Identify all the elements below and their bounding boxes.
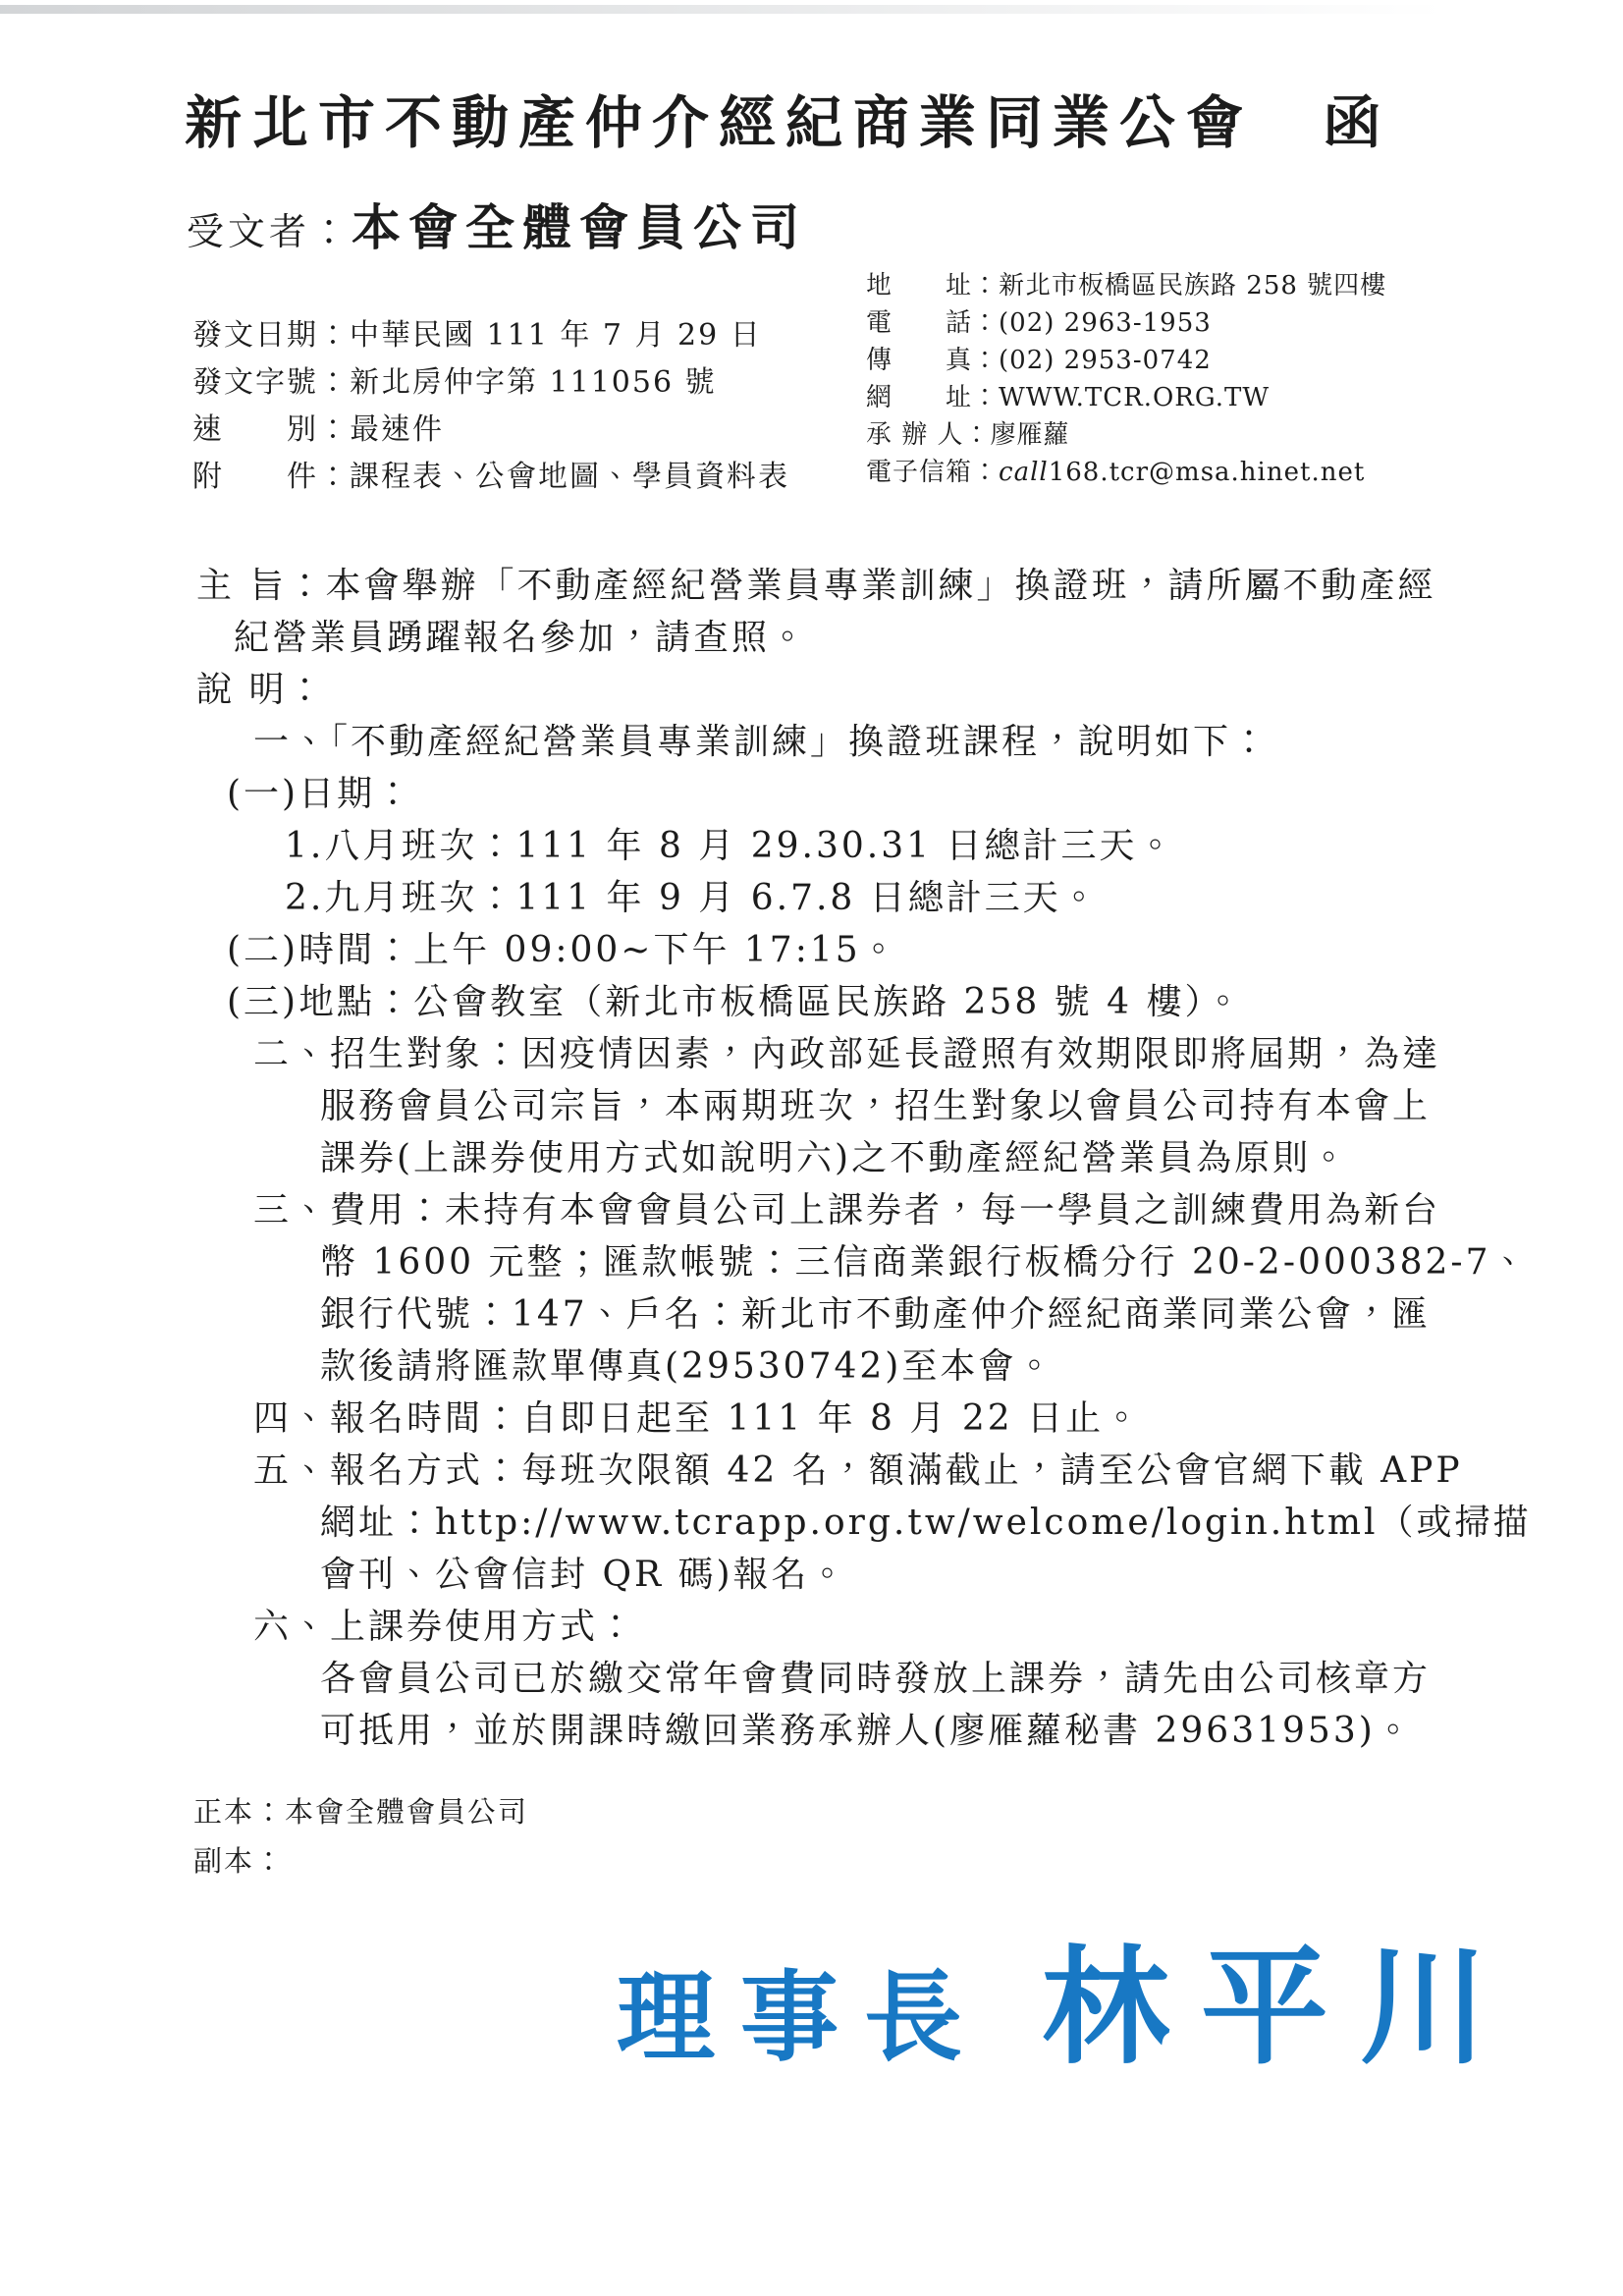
meta-label: 發文日期： — [192, 312, 350, 359]
body-line-item-4: 四、報名時間：自即日起至 111 年 8 月 22 日止。 — [0, 1393, 1623, 1445]
meta-label: 附 件： — [192, 454, 350, 501]
body-line-item-6: 六、上課券使用方式： — [0, 1601, 1623, 1653]
meta-row-address: 地 址：新北市板橋區民族路 258 號四樓 — [866, 267, 1386, 304]
meta-label: 承 辦 人： — [866, 416, 991, 454]
meta-label: 電子信箱： — [866, 454, 999, 491]
meta-value: 中華民國 111 年 7 月 29 日 — [350, 318, 762, 353]
cc-copy-line: 副本： — [193, 1836, 528, 1886]
meta-row-priority: 速 別：最速件 — [192, 407, 789, 454]
meta-left-block: 發文日期：中華民國 111 年 7 月 29 日 發文字號：新北房仲字第 111… — [192, 312, 789, 501]
meta-row-email: 電子信箱：call168.tcr@msa.hinet.net — [866, 454, 1386, 491]
meta-email-rest: 168.tcr@msa.hinet.net — [1049, 458, 1366, 487]
body-line: 1.八月班次：111 年 8 月 29.30.31 日總計三天。 — [0, 820, 1623, 872]
body-line-subject: 主 旨：本會舉辦「不動產經紀營業員專業訓練」換證班，請所屬不動產經 — [0, 560, 1623, 612]
body-line-item-1: 一、「不動產經紀營業員專業訓練」換證班課程，說明如下： — [0, 716, 1623, 768]
doc-type-label: 函 — [1324, 89, 1390, 156]
body-line: 銀行代號：147、戶名：新北市不動產仲介經紀商業同業公會，匯 — [0, 1288, 1623, 1340]
body-line: 幣 1600 元整；匯款帳號：三信商業銀行板橋分行 20-2-000382-7、 — [0, 1236, 1623, 1288]
original-copy-line: 正本：本會全體會員公司 — [193, 1787, 528, 1836]
meta-row-contact-person: 承 辦 人：廖雁蘿 — [866, 416, 1386, 454]
meta-label: 速 別： — [192, 407, 350, 454]
letter-page: 新北市不動產仲介經紀商業同業公會函 受文者：本會全體會員公司 發文日期：中華民國… — [0, 0, 1623, 2296]
letter-title-row: 新北市不動產仲介經紀商業同業公會函 — [185, 77, 1390, 159]
signature: 理事長 林平川 — [617, 1905, 1519, 2089]
body-line: 可抵用，並於開課時繳回業務承辦人(廖雁蘿秘書 29631953)。 — [0, 1705, 1623, 1757]
body-line: 各會員公司已於繳交常年會費同時發放上課券，請先由公司核章方 — [0, 1653, 1623, 1705]
copy-distribution-block: 正本：本會全體會員公司 副本： — [193, 1787, 528, 1886]
meta-value: 最速件 — [350, 412, 444, 447]
meta-value: (02) 2963-1953 — [999, 308, 1212, 338]
meta-value: (02) 2953-0742 — [999, 346, 1212, 375]
recipient-label: 受文者： — [187, 210, 352, 253]
meta-value: WWW.TCR.ORG.TW — [999, 383, 1270, 412]
meta-right-block: 地 址：新北市板橋區民族路 258 號四樓 電 話：(02) 2963-1953… — [866, 267, 1386, 491]
recipient-row: 受文者：本會全體會員公司 — [187, 189, 807, 259]
body-line-item-5: 五、報名方式：每班次限額 42 名，額滿截止，請至公會官網下載 APP — [0, 1445, 1623, 1497]
meta-value: 新北市板橋區民族路 258 號四樓 — [999, 271, 1386, 301]
body-line-item-1-2: (二)時間：上午 09:00~下午 17:15。 — [0, 924, 1623, 976]
meta-label: 電 話： — [866, 304, 999, 342]
body-line: 款後請將匯款單傳真(29530742)至本會。 — [0, 1340, 1623, 1393]
body-line-item-3: 三、費用：未持有本會會員公司上課券者，每一學員之訓練費用為新台 — [0, 1184, 1623, 1236]
body-line: 課券(上課券使用方式如說明六)之不動產經紀營業員為原則。 — [0, 1132, 1623, 1184]
meta-row-issue-date: 發文日期：中華民國 111 年 7 月 29 日 — [192, 312, 789, 359]
meta-value: 課程表、公會地圖、學員資料表 — [350, 460, 789, 494]
body-line: 2.九月班次：111 年 9 月 6.7.8 日總計三天。 — [0, 872, 1623, 924]
body-line: 紀營業員踴躍報名參加，請查照。 — [0, 612, 1623, 664]
meta-row-doc-number: 發文字號：新北房仲字第 111056 號 — [192, 359, 789, 407]
association-title: 新北市不動產仲介經紀商業同業公會 — [185, 89, 1253, 156]
meta-value: 新北房仲字第 111056 號 — [350, 365, 717, 400]
meta-label: 發文字號： — [192, 359, 350, 407]
recipient-name: 本會全體會員公司 — [352, 198, 807, 256]
meta-row-website: 網 址：WWW.TCR.ORG.TW — [866, 379, 1386, 416]
meta-value: 廖雁蘿 — [991, 420, 1070, 450]
body-line-explanation: 說 明： — [0, 664, 1623, 716]
signature-name: 林平川 — [1042, 1905, 1519, 2089]
letter-body: 主 旨：本會舉辦「不動產經紀營業員專業訓練」換證班，請所屬不動產經 紀營業員踴躍… — [0, 560, 1623, 1757]
meta-label: 網 址： — [866, 379, 999, 416]
body-line-item-2: 二、招生對象：因疫情因素，內政部延長證照有效期限即將屆期，為達 — [0, 1028, 1623, 1080]
body-line-item-1-3: (三)地點：公會教室（新北市板橋區民族路 258 號 4 樓）。 — [0, 976, 1623, 1028]
meta-row-phone: 電 話：(02) 2963-1953 — [866, 304, 1386, 342]
meta-label: 傳 真： — [866, 342, 999, 379]
meta-row-fax: 傳 真：(02) 2953-0742 — [866, 342, 1386, 379]
body-line-item-1-1: (一)日期： — [0, 768, 1623, 820]
body-line: 會刊、公會信封 QR 碼)報名。 — [0, 1549, 1623, 1601]
scan-edge-artifact — [0, 5, 1443, 14]
signature-title: 理事長 — [617, 1939, 988, 2080]
meta-email-italic-part: call — [999, 458, 1049, 487]
body-line: 服務會員公司宗旨，本兩期班次，招生對象以會員公司持有本會上 — [0, 1080, 1623, 1132]
body-line-url: 網址：http://www.tcrapp.org.tw/welcome/logi… — [0, 1497, 1623, 1549]
meta-row-attachments: 附 件：課程表、公會地圖、學員資料表 — [192, 454, 789, 501]
meta-label: 地 址： — [866, 267, 999, 304]
